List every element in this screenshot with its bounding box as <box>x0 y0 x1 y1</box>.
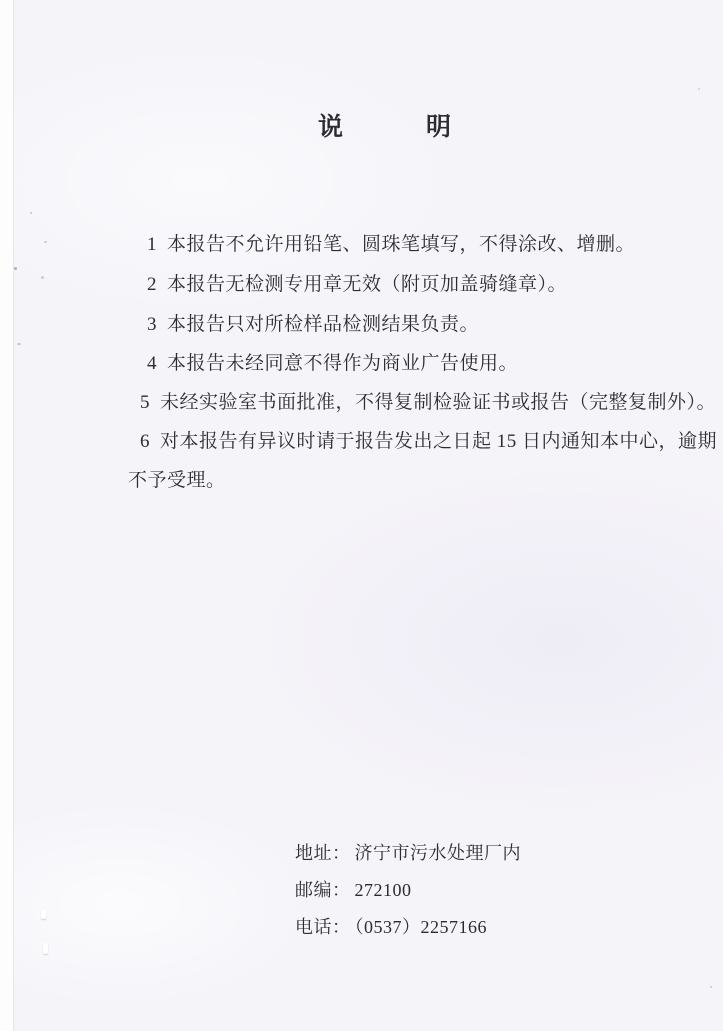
note-text: 不予受理。 <box>128 470 226 491</box>
note-number: 2 <box>147 274 157 295</box>
note-item-4: 4本报告未经同意不得作为商业广告使用。 <box>147 353 518 374</box>
address-label: 地址： <box>295 843 351 863</box>
scan-speck <box>44 241 47 243</box>
scan-speck <box>30 212 32 214</box>
scan-edge-strip <box>0 0 14 1031</box>
note-text: 本报告只对所检样品检测结果负责。 <box>167 314 479 335</box>
note-text: 本报告不允许用铅笔、圆珠笔填写，不得涂改、增删。 <box>167 234 635 255</box>
scan-speck <box>41 276 44 279</box>
note-text: 本报告无检测专用章无效（附页加盖骑缝章）。 <box>167 274 567 295</box>
phone-value: （0537）2257166 <box>355 917 488 937</box>
contact-postcode: 邮编：272100 <box>295 880 412 900</box>
note-item-5: 5未经实验室书面批准，不得复制检验证书或报告（完整复制外）。 <box>140 392 716 413</box>
note-number: 4 <box>147 353 157 374</box>
note-item-1: 1本报告不允许用铅笔、圆珠笔填写，不得涂改、增删。 <box>147 234 635 255</box>
address-value: 济宁市污水处理厂内 <box>355 843 522 863</box>
paper-crease-glint <box>41 910 46 919</box>
phone-label: 电话： <box>295 917 351 937</box>
page-title: 说 明 <box>318 114 453 141</box>
note-item-6-continuation: 不予受理。 <box>128 470 226 491</box>
scanned-document-page: 说 明 1本报告不允许用铅笔、圆珠笔填写，不得涂改、增删。 2本报告无检测专用章… <box>0 0 723 1031</box>
scan-speck <box>14 267 17 270</box>
postcode-value: 272100 <box>355 880 412 900</box>
note-text: 未经实验室书面批准，不得复制检验证书或报告（完整复制外）。 <box>160 392 716 413</box>
scan-speck <box>710 986 712 988</box>
paper-crease-glint <box>43 943 48 954</box>
note-number: 1 <box>147 234 157 255</box>
note-text: 本报告未经同意不得作为商业广告使用。 <box>167 353 518 374</box>
note-number: 5 <box>140 392 150 413</box>
note-item-3: 3本报告只对所检样品检测结果负责。 <box>147 314 479 335</box>
contact-phone: 电话：（0537）2257166 <box>295 917 487 937</box>
note-item-2: 2本报告无检测专用章无效（附页加盖骑缝章）。 <box>147 274 567 295</box>
contact-address: 地址：济宁市污水处理厂内 <box>295 843 521 863</box>
scan-speck <box>17 343 21 345</box>
note-text: 对本报告有异议时请于报告发出之日起 15 日内通知本中心，逾期 <box>160 431 717 452</box>
note-number: 3 <box>147 314 157 335</box>
note-number: 6 <box>140 431 150 452</box>
scan-speck <box>698 88 700 90</box>
postcode-label: 邮编： <box>295 880 351 900</box>
note-item-6: 6对本报告有异议时请于报告发出之日起 15 日内通知本中心，逾期 <box>140 431 717 452</box>
